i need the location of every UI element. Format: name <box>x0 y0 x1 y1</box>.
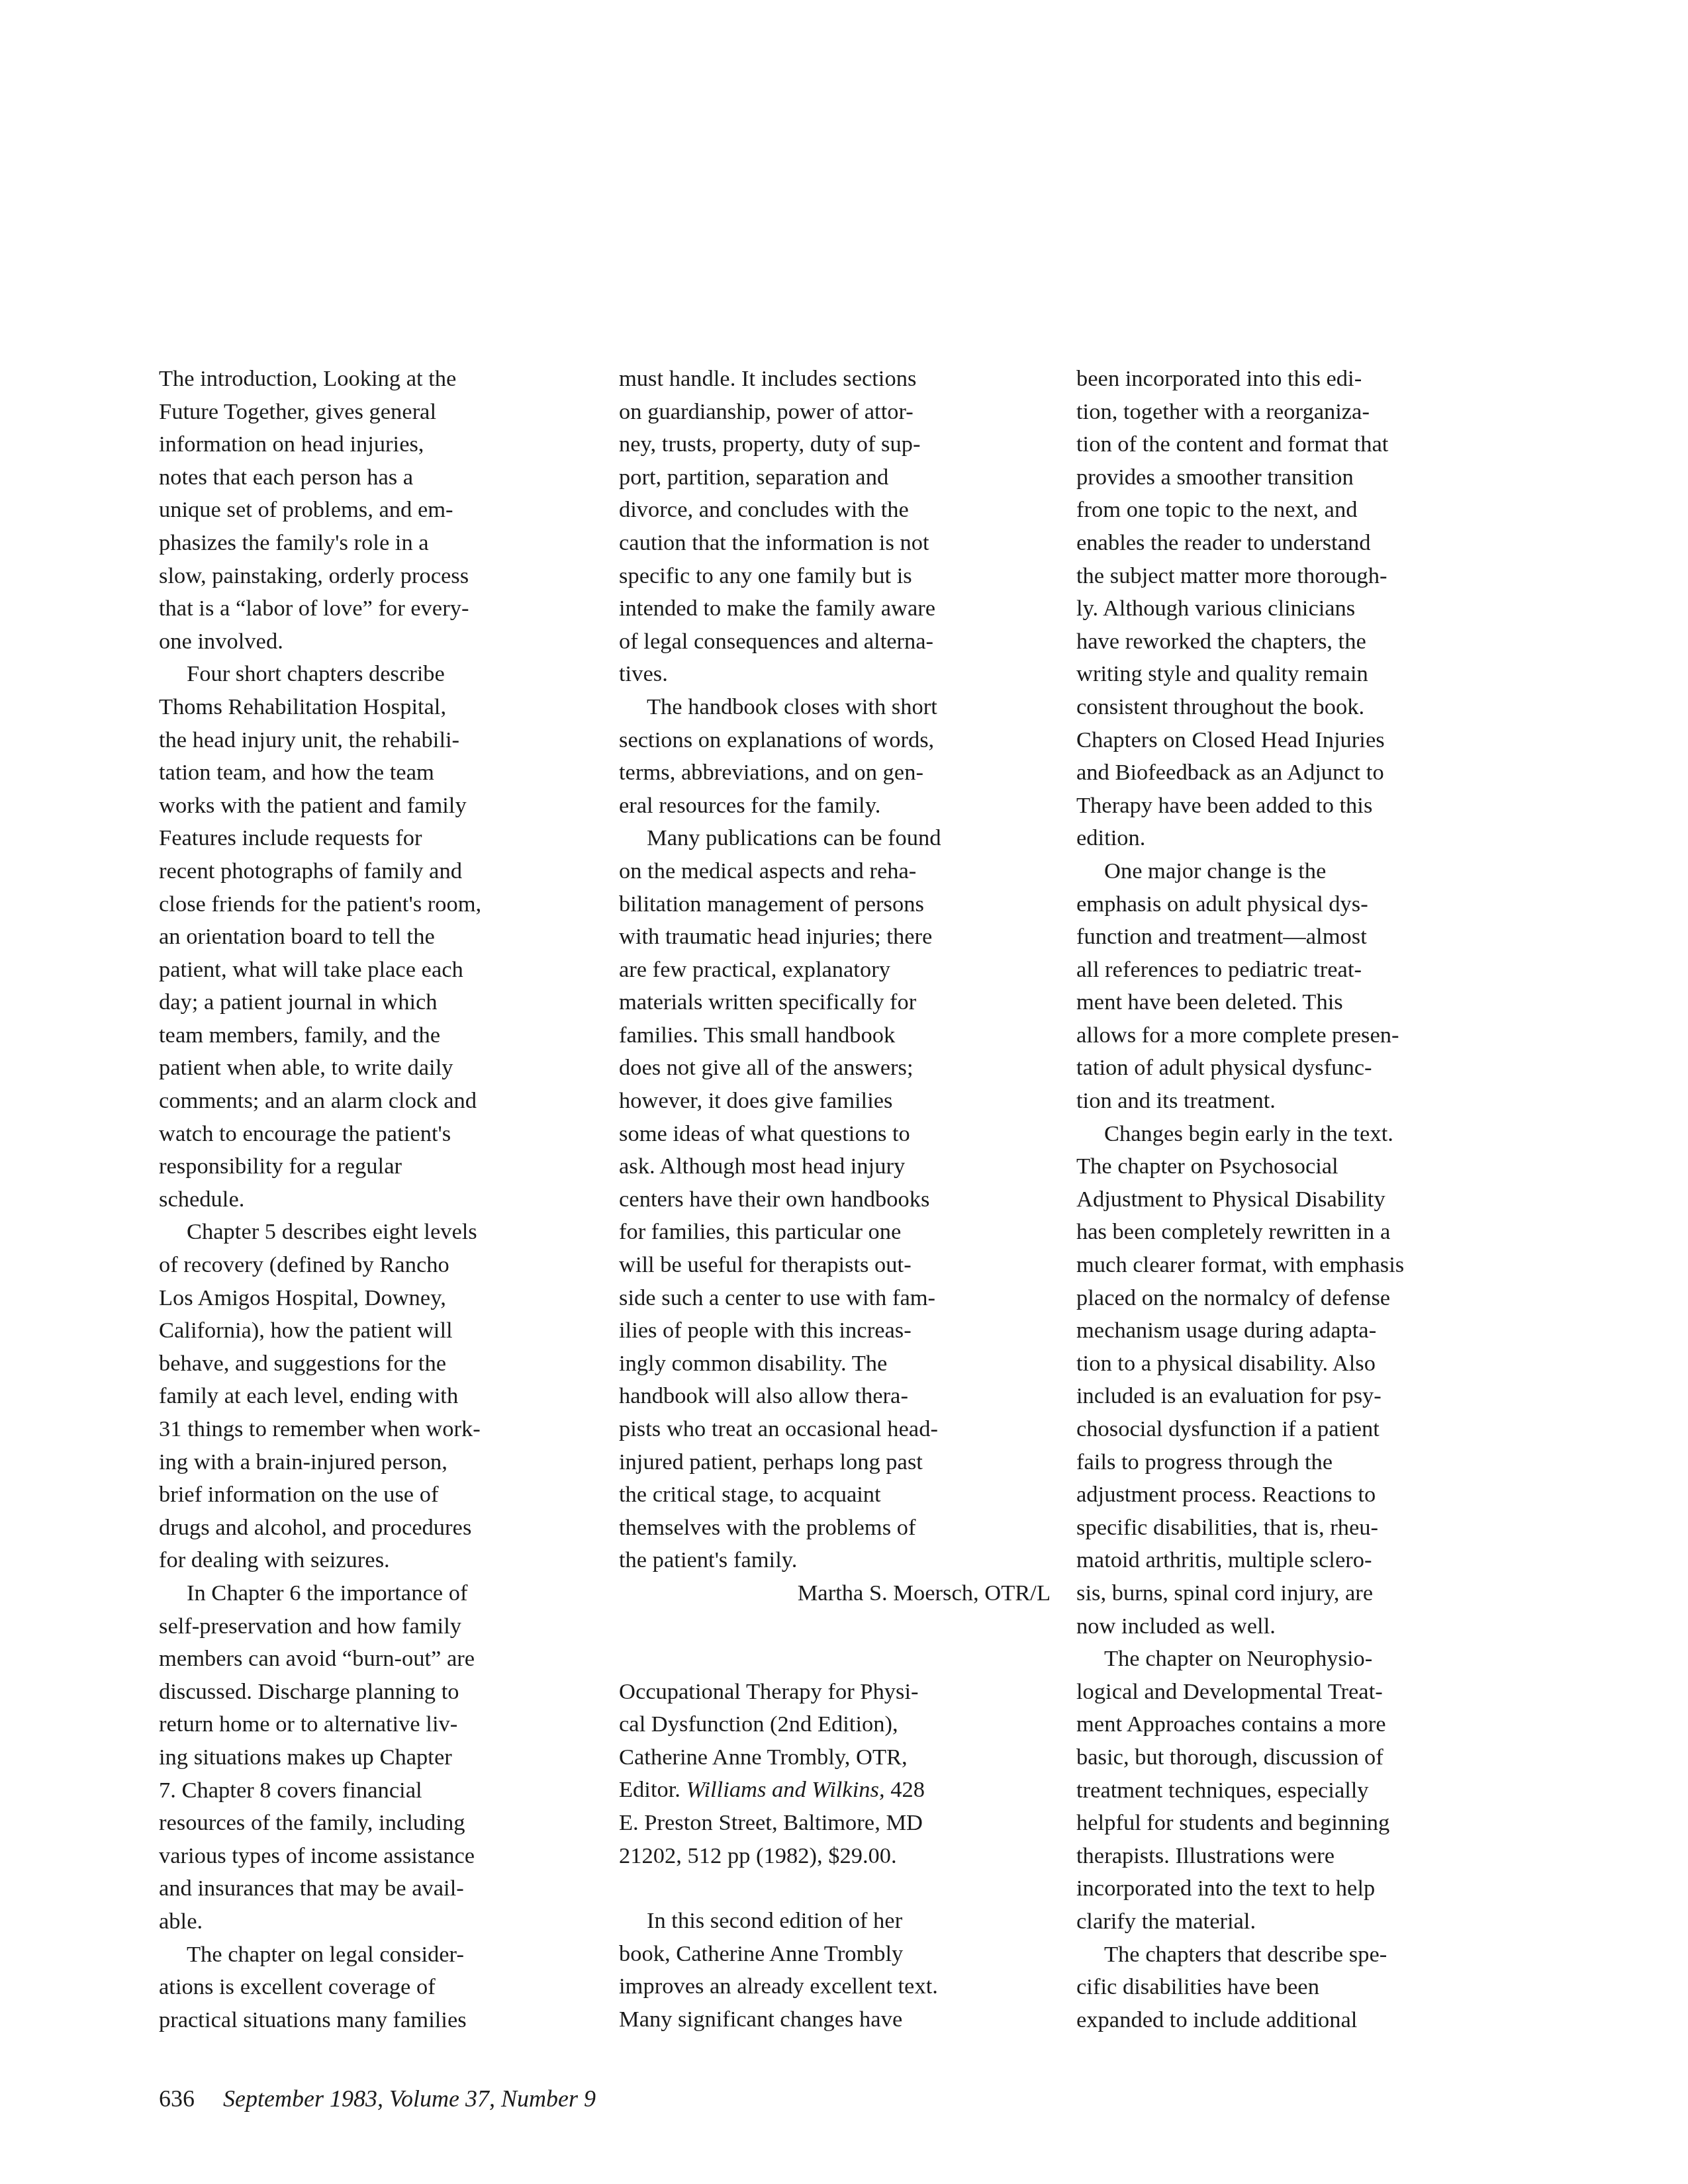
text-line: Features include requests for <box>159 822 596 855</box>
text-line: patient when able, to write daily <box>159 1052 596 1085</box>
text-line: responsibility for a regular <box>159 1150 596 1183</box>
text-line: The introduction, Looking at the <box>159 363 596 396</box>
section-spacer <box>619 1610 1056 1676</box>
text-line: consistent throughout the book. <box>1076 691 1513 724</box>
text-line: provides a smoother transition <box>1076 461 1513 494</box>
text-line: specific disabilities, that is, rheu- <box>1076 1512 1513 1545</box>
text-line: slow, painstaking, orderly process <box>159 560 596 593</box>
text-line: tation of adult physical dysfunc- <box>1076 1052 1513 1085</box>
text-line: ask. Although most head injury <box>619 1150 1056 1183</box>
editor-label: Editor. <box>619 1777 686 1802</box>
book-title-line: cal Dysfunction (2nd Edition), <box>619 1708 1056 1741</box>
text-line: expanded to include additional <box>1076 2004 1513 2037</box>
text-line: cific disabilities have been <box>1076 1971 1513 2004</box>
text-line: ment Approaches contains a more <box>1076 1708 1513 1741</box>
text-line: adjustment process. Reactions to <box>1076 1479 1513 1512</box>
book-edition: (2nd Edition), <box>764 1711 898 1737</box>
text-line: return home or to alternative liv- <box>159 1708 596 1741</box>
text-line: treatment techniques, especially <box>1076 1774 1513 1807</box>
text-line: are few practical, explanatory <box>619 954 1056 987</box>
text-line: for dealing with seizures. <box>159 1544 596 1577</box>
book-publisher-line: Editor. Williams and Wilkins, 428 <box>619 1774 1056 1807</box>
text-line: fails to progress through the <box>1076 1446 1513 1479</box>
book-title-continued: cal Dysfunction <box>619 1711 764 1737</box>
book-editor: Catherine Anne Trombly, OTR, <box>619 1741 1056 1774</box>
text-line: all references to pediatric treat- <box>1076 954 1513 987</box>
text-line: that is a “labor of love” for every- <box>159 592 596 625</box>
text-line: tion, together with a reorganiza- <box>1076 396 1513 429</box>
text-line: The chapter on Psychosocial <box>1076 1150 1513 1183</box>
text-line: enables the reader to understand <box>1076 527 1513 560</box>
issue-info: September 1983, Volume 37, Number 9 <box>223 2085 596 2112</box>
text-line: close friends for the patient's room, <box>159 888 596 921</box>
paragraph-start-line: Four short chapters describe <box>159 658 596 691</box>
text-line: information on head injuries, <box>159 428 596 461</box>
publisher-address-start: 428 <box>885 1777 925 1802</box>
text-line: Adjustment to Physical Disability <box>1076 1183 1513 1216</box>
text-line: self-preservation and how family <box>159 1610 596 1643</box>
text-line: handbook will also allow thera- <box>619 1380 1056 1413</box>
text-line: an orientation board to tell the <box>159 921 596 954</box>
text-line: function and treatment—almost <box>1076 921 1513 954</box>
text-line: sections on explanations of words, <box>619 724 1056 757</box>
text-line: California), how the patient will <box>159 1314 596 1347</box>
text-line: the head injury unit, the rehabili- <box>159 724 596 757</box>
text-line: and Biofeedback as an Adjunct to <box>1076 756 1513 790</box>
text-line: ations is excellent coverage of <box>159 1971 596 2004</box>
text-line: clarify the material. <box>1076 1905 1513 1938</box>
text-line: intended to make the family aware <box>619 592 1056 625</box>
text-line: one involved. <box>159 625 596 659</box>
paragraph-start-line: The chapter on legal consider- <box>159 1938 596 1972</box>
text-line: sis, burns, spinal cord injury, are <box>1076 1577 1513 1610</box>
text-line: tives. <box>619 658 1056 691</box>
paragraph-start-line: The handbook closes with short <box>619 691 1056 724</box>
text-line: edition. <box>1076 822 1513 855</box>
text-line: family at each level, ending with <box>159 1380 596 1413</box>
text-line: much clearer format, with emphasis <box>1076 1249 1513 1282</box>
text-line: the subject matter more thorough- <box>1076 560 1513 593</box>
text-line: the patient's family. <box>619 1544 1056 1577</box>
text-line: centers have their own handbooks <box>619 1183 1056 1216</box>
text-line: resources of the family, including <box>159 1807 596 1840</box>
text-line: logical and Developmental Treat- <box>1076 1676 1513 1709</box>
text-line: practical situations many families <box>159 2004 596 2037</box>
paragraph-start-line: The chapter on Neurophysio- <box>1076 1643 1513 1676</box>
text-line: book, Catherine Anne Trombly <box>619 1938 1056 1971</box>
text-line: able. <box>159 1905 596 1938</box>
text-line: watch to encourage the patient's <box>159 1118 596 1151</box>
text-line: of recovery (defined by Rancho <box>159 1249 596 1282</box>
text-line: behave, and suggestions for the <box>159 1347 596 1381</box>
text-line: incorporated into the text to help <box>1076 1872 1513 1905</box>
text-line: mechanism usage during adapta- <box>1076 1314 1513 1347</box>
text-line: discussed. Discharge planning to <box>159 1676 596 1709</box>
text-line: Many significant changes have <box>619 2003 1056 2036</box>
text-line: ing situations makes up Chapter <box>159 1741 596 1774</box>
text-line: emphasis on adult physical dys- <box>1076 888 1513 921</box>
text-line: has been completely rewritten in a <box>1076 1216 1513 1249</box>
text-line: caution that the information is not <box>619 527 1056 560</box>
text-line: chosocial dysfunction if a patient <box>1076 1413 1513 1446</box>
text-line: side such a center to use with fam- <box>619 1282 1056 1315</box>
text-line: Los Amigos Hospital, Downey, <box>159 1282 596 1315</box>
text-line: ilies of people with this increas- <box>619 1314 1056 1347</box>
paragraph-start-line: In Chapter 6 the importance of <box>159 1577 596 1610</box>
text-line: terms, abbreviations, and on gen- <box>619 756 1056 790</box>
text-line: bilitation management of persons <box>619 888 1056 921</box>
page-number: 636 <box>159 2085 195 2112</box>
text-line: schedule. <box>159 1183 596 1216</box>
text-line: port, partition, separation and <box>619 461 1056 494</box>
text-line: allows for a more complete presen- <box>1076 1019 1513 1052</box>
text-line: materials written specifically for <box>619 986 1056 1019</box>
page-footer: 636 September 1983, Volume 37, Number 9 <box>159 2085 596 2113</box>
text-line: now included as well. <box>1076 1610 1513 1643</box>
text-line: on guardianship, power of attor- <box>619 396 1056 429</box>
text-line: recent photographs of family and <box>159 855 596 888</box>
text-line: divorce, and concludes with the <box>619 494 1056 527</box>
text-line: patient, what will take place each <box>159 954 596 987</box>
text-line: phasizes the family's role in a <box>159 527 596 560</box>
paragraph-start-line: The chapters that describe spe- <box>1076 1938 1513 1972</box>
text-line: helpful for students and beginning <box>1076 1807 1513 1840</box>
book-review-citation: Occupational Therapy for Physi- cal Dysf… <box>619 1676 1056 1873</box>
text-line: will be useful for therapists out- <box>619 1249 1056 1282</box>
text-line: improves an already excellent text. <box>619 1970 1056 2003</box>
text-line: therapists. Illustrations were <box>1076 1840 1513 1873</box>
text-line: drugs and alcohol, and procedures <box>159 1512 596 1545</box>
text-line: been incorporated into this edi- <box>1076 363 1513 396</box>
paragraph-start-line: Changes begin early in the text. <box>1076 1118 1513 1151</box>
text-line: included is an evaluation for psy- <box>1076 1380 1513 1413</box>
section-spacer <box>619 1872 1056 1905</box>
text-line: writing style and quality remain <box>1076 658 1513 691</box>
text-column-3: been incorporated into this edi- tion, t… <box>1076 363 1513 2036</box>
text-line: themselves with the problems of <box>619 1512 1056 1545</box>
paragraph-start-line: Chapter 5 describes eight levels <box>159 1216 596 1249</box>
text-line: tion to a physical disability. Also <box>1076 1347 1513 1381</box>
publisher-name: Williams and Wilkins, <box>686 1777 885 1802</box>
text-line: 31 things to remember when work- <box>159 1413 596 1446</box>
text-line: Therapy have been added to this <box>1076 790 1513 823</box>
text-line: brief information on the use of <box>159 1479 596 1512</box>
text-column-2: must handle. It includes sections on gua… <box>619 363 1056 2036</box>
text-line: must handle. It includes sections <box>619 363 1056 396</box>
text-line: matoid arthritis, multiple sclero- <box>1076 1544 1513 1577</box>
text-line: families. This small handbook <box>619 1019 1056 1052</box>
text-line: Future Together, gives general <box>159 396 596 429</box>
text-line: on the medical aspects and reha- <box>619 855 1056 888</box>
text-line: members can avoid “burn-out” are <box>159 1643 596 1676</box>
journal-page: The introduction, Looking at the Future … <box>0 0 1688 2184</box>
text-line: and insurances that may be avail- <box>159 1872 596 1905</box>
text-line: tion and its treatment. <box>1076 1085 1513 1118</box>
text-line: have reworked the chapters, the <box>1076 625 1513 659</box>
text-line: ney, trusts, property, duty of sup- <box>619 428 1056 461</box>
text-line: Thoms Rehabilitation Hospital, <box>159 691 596 724</box>
text-line: team members, family, and the <box>159 1019 596 1052</box>
text-line: of legal consequences and alterna- <box>619 625 1056 659</box>
text-line: tation team, and how the team <box>159 756 596 790</box>
reviewer-signature: Martha S. Moersch, OTR/L <box>619 1577 1056 1610</box>
text-line: does not give all of the answers; <box>619 1052 1056 1085</box>
text-line: ingly common disability. The <box>619 1347 1056 1381</box>
text-column-1: The introduction, Looking at the Future … <box>159 363 596 2036</box>
text-line: Chapters on Closed Head Injuries <box>1076 724 1513 757</box>
text-line: the critical stage, to acquaint <box>619 1479 1056 1512</box>
paragraph-start-line: Many publications can be found <box>619 822 1056 855</box>
text-line: for families, this particular one <box>619 1216 1056 1249</box>
publisher-address: E. Preston Street, Baltimore, MD <box>619 1807 1056 1840</box>
text-line: eral resources for the family. <box>619 790 1056 823</box>
text-line: notes that each person has a <box>159 461 596 494</box>
text-line: injured patient, perhaps long past <box>619 1446 1056 1479</box>
text-line: pists who treat an occasional head- <box>619 1413 1056 1446</box>
book-title-line: Occupational Therapy for Physi- <box>619 1676 1056 1709</box>
text-line: day; a patient journal in which <box>159 986 596 1019</box>
text-line: basic, but thorough, discussion of <box>1076 1741 1513 1774</box>
text-line: however, it does give families <box>619 1085 1056 1118</box>
text-line: unique set of problems, and em- <box>159 494 596 527</box>
text-line: from one topic to the next, and <box>1076 494 1513 527</box>
text-line: 7. Chapter 8 covers financial <box>159 1774 596 1807</box>
text-line: some ideas of what questions to <box>619 1118 1056 1151</box>
text-line: with traumatic head injuries; there <box>619 921 1056 954</box>
text-line: ment have been deleted. This <box>1076 986 1513 1019</box>
text-line: ing with a brain-injured person, <box>159 1446 596 1479</box>
book-details: 21202, 512 pp (1982), $29.00. <box>619 1840 1056 1873</box>
paragraph-start-line: In this second edition of her <box>619 1905 1056 1938</box>
text-line: placed on the normalcy of defense <box>1076 1282 1513 1315</box>
text-line: specific to any one family but is <box>619 560 1056 593</box>
text-line: tion of the content and format that <box>1076 428 1513 461</box>
paragraph-start-line: One major change is the <box>1076 855 1513 888</box>
text-line: various types of income assistance <box>159 1840 596 1873</box>
text-line: ly. Although various clinicians <box>1076 592 1513 625</box>
text-line: works with the patient and family <box>159 790 596 823</box>
text-line: comments; and an alarm clock and <box>159 1085 596 1118</box>
